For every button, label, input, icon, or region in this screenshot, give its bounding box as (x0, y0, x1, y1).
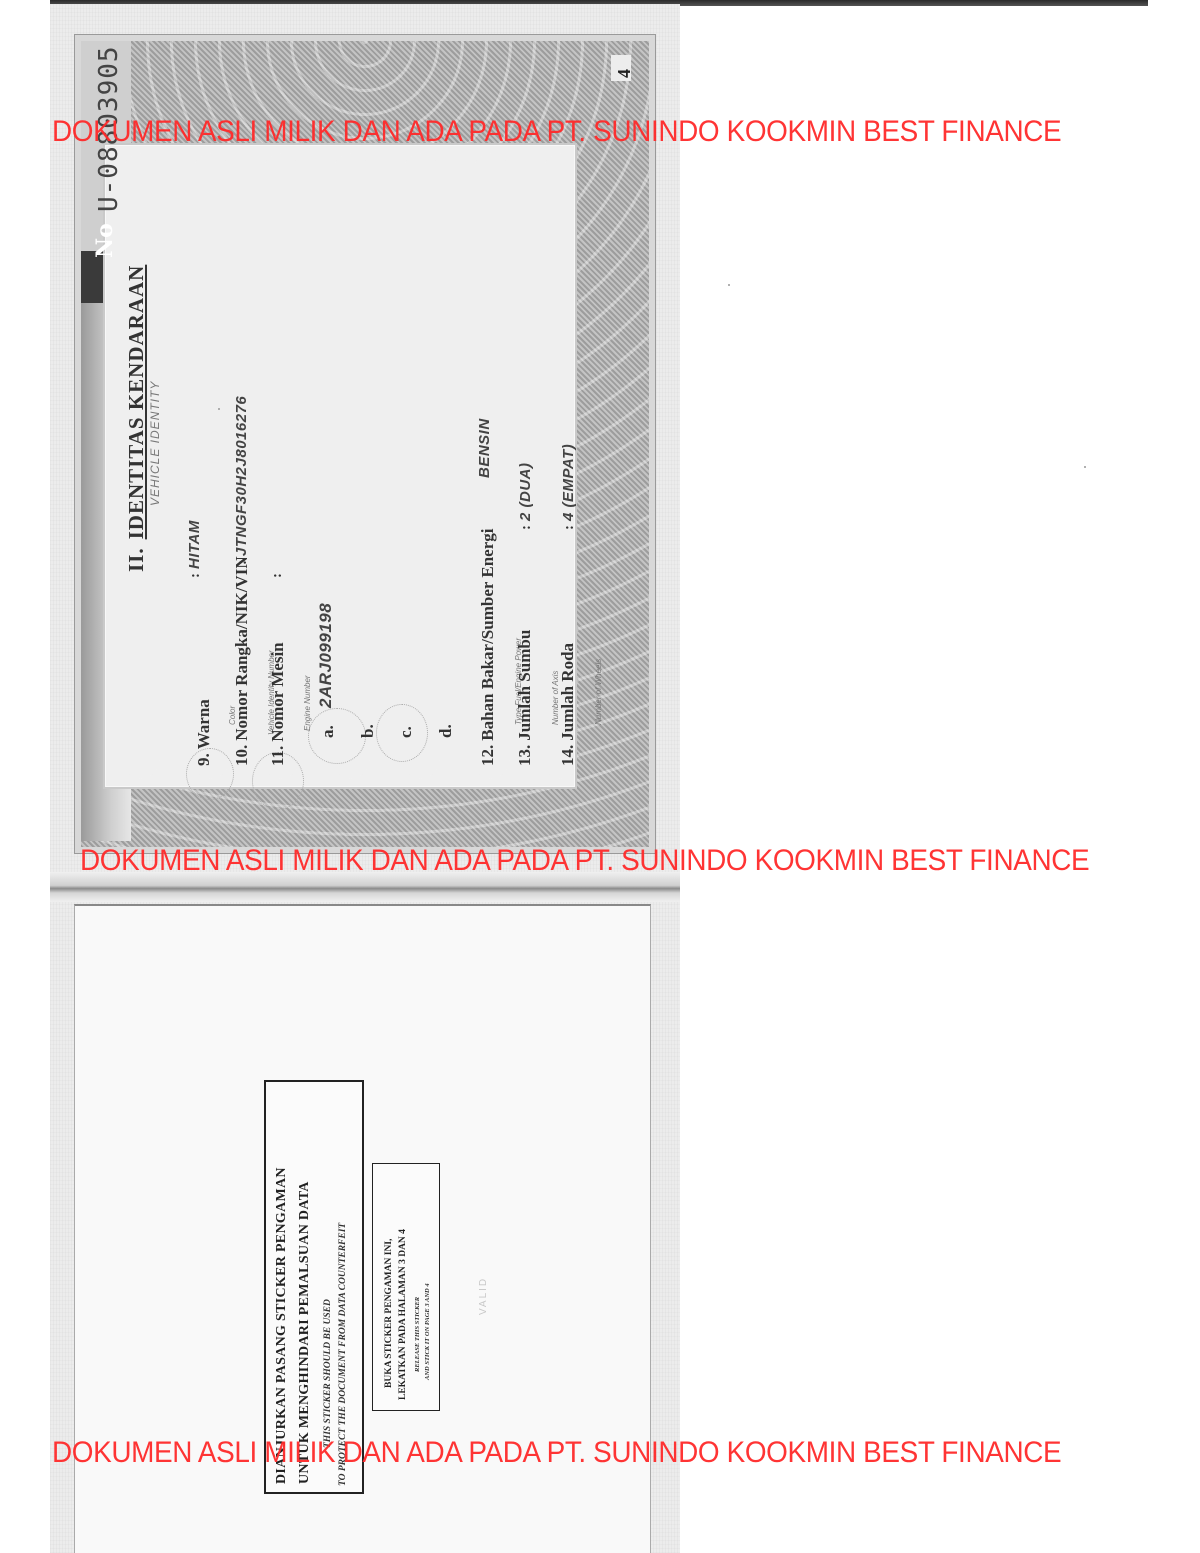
field-row-wheels: 14. Jumlah Roda (558, 643, 578, 766)
field-value: 2 (DUA) (517, 463, 534, 522)
field-value: 4 (EMPAT) (560, 444, 577, 521)
section-number: II. (124, 547, 148, 572)
field-number: 13. (515, 745, 534, 766)
colon: : (561, 525, 577, 530)
engine-colon: : (268, 569, 286, 578)
field-label: Nomor Mesin (268, 642, 287, 741)
colon: : (187, 573, 203, 578)
field-label: Bahan Bakar/Sumber Energi (478, 529, 497, 741)
field-value-fuel: BENSIN (476, 418, 494, 478)
engine-number-value: 2ARJ099198 (316, 603, 336, 708)
field-row-vin: 10. Nomor Rangka/NIK/VIN (232, 556, 252, 766)
section-title-text: IDENTITAS KENDARAAN (124, 265, 148, 540)
sticker-instruction-line: LEKATKAN PADA HALAMAN 3 DAN 4 (398, 1229, 408, 1400)
colon: : (518, 525, 534, 530)
field-value-vin: :JTNGF30H2J8016276 (233, 396, 251, 565)
watermark: DOKUMEN ASLI MILIK DAN ADA PADA PT. SUNI… (52, 115, 1061, 149)
engine-sub-b: b. (358, 724, 378, 738)
field-row-color: 9. Warna (194, 699, 214, 766)
field-number: 11. (268, 746, 287, 766)
ink-speck (728, 284, 730, 286)
field-value: JTNGF30H2J8016276 (233, 396, 250, 556)
serial-no-label: No (92, 223, 118, 258)
ink-speck (218, 408, 220, 410)
scallop-edge (106, 760, 574, 790)
field-row-engine: 11. Nomor Mesin (268, 642, 288, 766)
watermark: DOKUMEN ASLI MILIK DAN ADA PADA PT. SUNI… (80, 844, 1089, 878)
field-sublabel: Number of Wheels (594, 659, 603, 725)
field-row-axis: 13. Jumlah Sumbu (515, 630, 535, 766)
field-label: Nomor Rangka/NIK/VIN (232, 556, 251, 740)
field-value-wheels: :4 (EMPAT) (560, 444, 578, 530)
colon: : (234, 560, 250, 565)
field-number: 12. (478, 745, 497, 766)
faint-stamp: VALID (478, 1277, 489, 1315)
field-label: Jumlah Roda (558, 643, 577, 741)
watermark: DOKUMEN ASLI MILIK DAN ADA PADA PT. SUNI… (52, 1436, 1061, 1470)
field-label: Jumlah Sumbu (515, 630, 534, 741)
page-number: 4 (614, 69, 635, 78)
field-value-color: :HITAM (186, 520, 204, 578)
ink-speck (1084, 466, 1086, 468)
engine-sub-a: a. (318, 725, 338, 738)
section-subtitle: VEHICLE IDENTITY (148, 381, 162, 506)
field-number: 9. (194, 753, 213, 766)
field-sublabel: Engine Number (303, 675, 312, 731)
sticker-instruction-line: AND STICK IT ON PAGE 3 AND 4 (424, 1283, 431, 1380)
engine-sub-c: c. (396, 726, 416, 738)
content-field (105, 145, 575, 787)
colon: : (269, 573, 285, 578)
field-value-axis: :2 (DUA) (517, 463, 535, 531)
section-title: II.IDENTITAS KENDARAAN (124, 265, 149, 572)
field-value: HITAM (186, 520, 203, 569)
engine-sub-d: d. (436, 724, 456, 738)
field-number: 14. (558, 745, 577, 766)
field-number: 10. (232, 745, 251, 766)
sticker-instruction-line: BUKA STICKER PENGAMAN INI, (384, 1239, 394, 1388)
sticker-instruction-line: RELEASE THIS STICKER (414, 1297, 421, 1372)
sticker-notice-line: THIS STICKER SHOULD BE USED (323, 1299, 333, 1448)
field-row-fuel: 12. Bahan Bakar/Sumber Energi (478, 529, 498, 766)
field-value: BENSIN (476, 418, 493, 478)
field-label: Warna (194, 699, 213, 749)
